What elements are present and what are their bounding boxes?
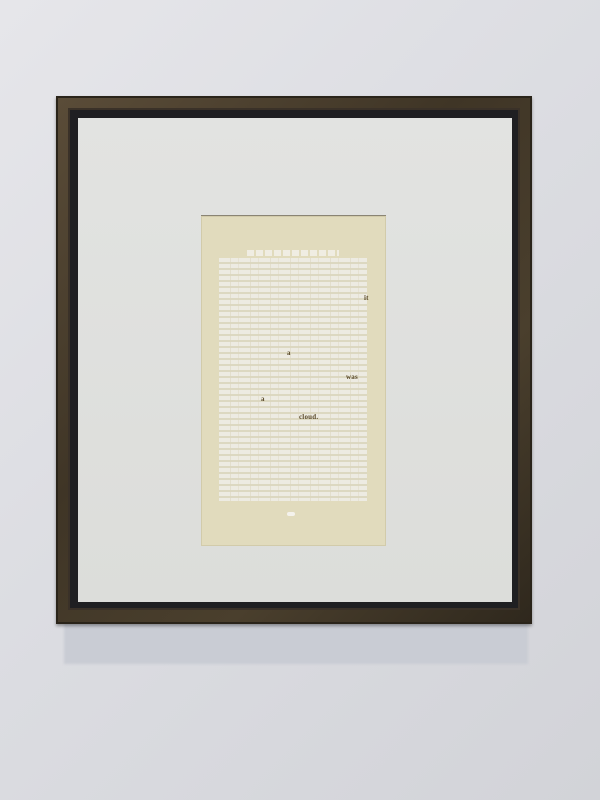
frame-shadow: [64, 620, 528, 664]
remaining-word: a: [287, 349, 291, 357]
frame-inner-lip: it a was a cloud.: [68, 108, 520, 610]
erased-text-block: [219, 258, 367, 501]
erased-title: [247, 250, 339, 256]
remaining-word: cloud.: [299, 413, 318, 421]
mat-board: it a was a cloud.: [78, 118, 512, 602]
picture-frame: it a was a cloud.: [56, 96, 532, 624]
remaining-word: was: [346, 373, 358, 381]
remaining-word: a: [261, 395, 265, 403]
remaining-word: it: [364, 294, 369, 302]
erasure-page: it a was a cloud.: [201, 216, 386, 546]
erased-page-number: [287, 512, 295, 516]
